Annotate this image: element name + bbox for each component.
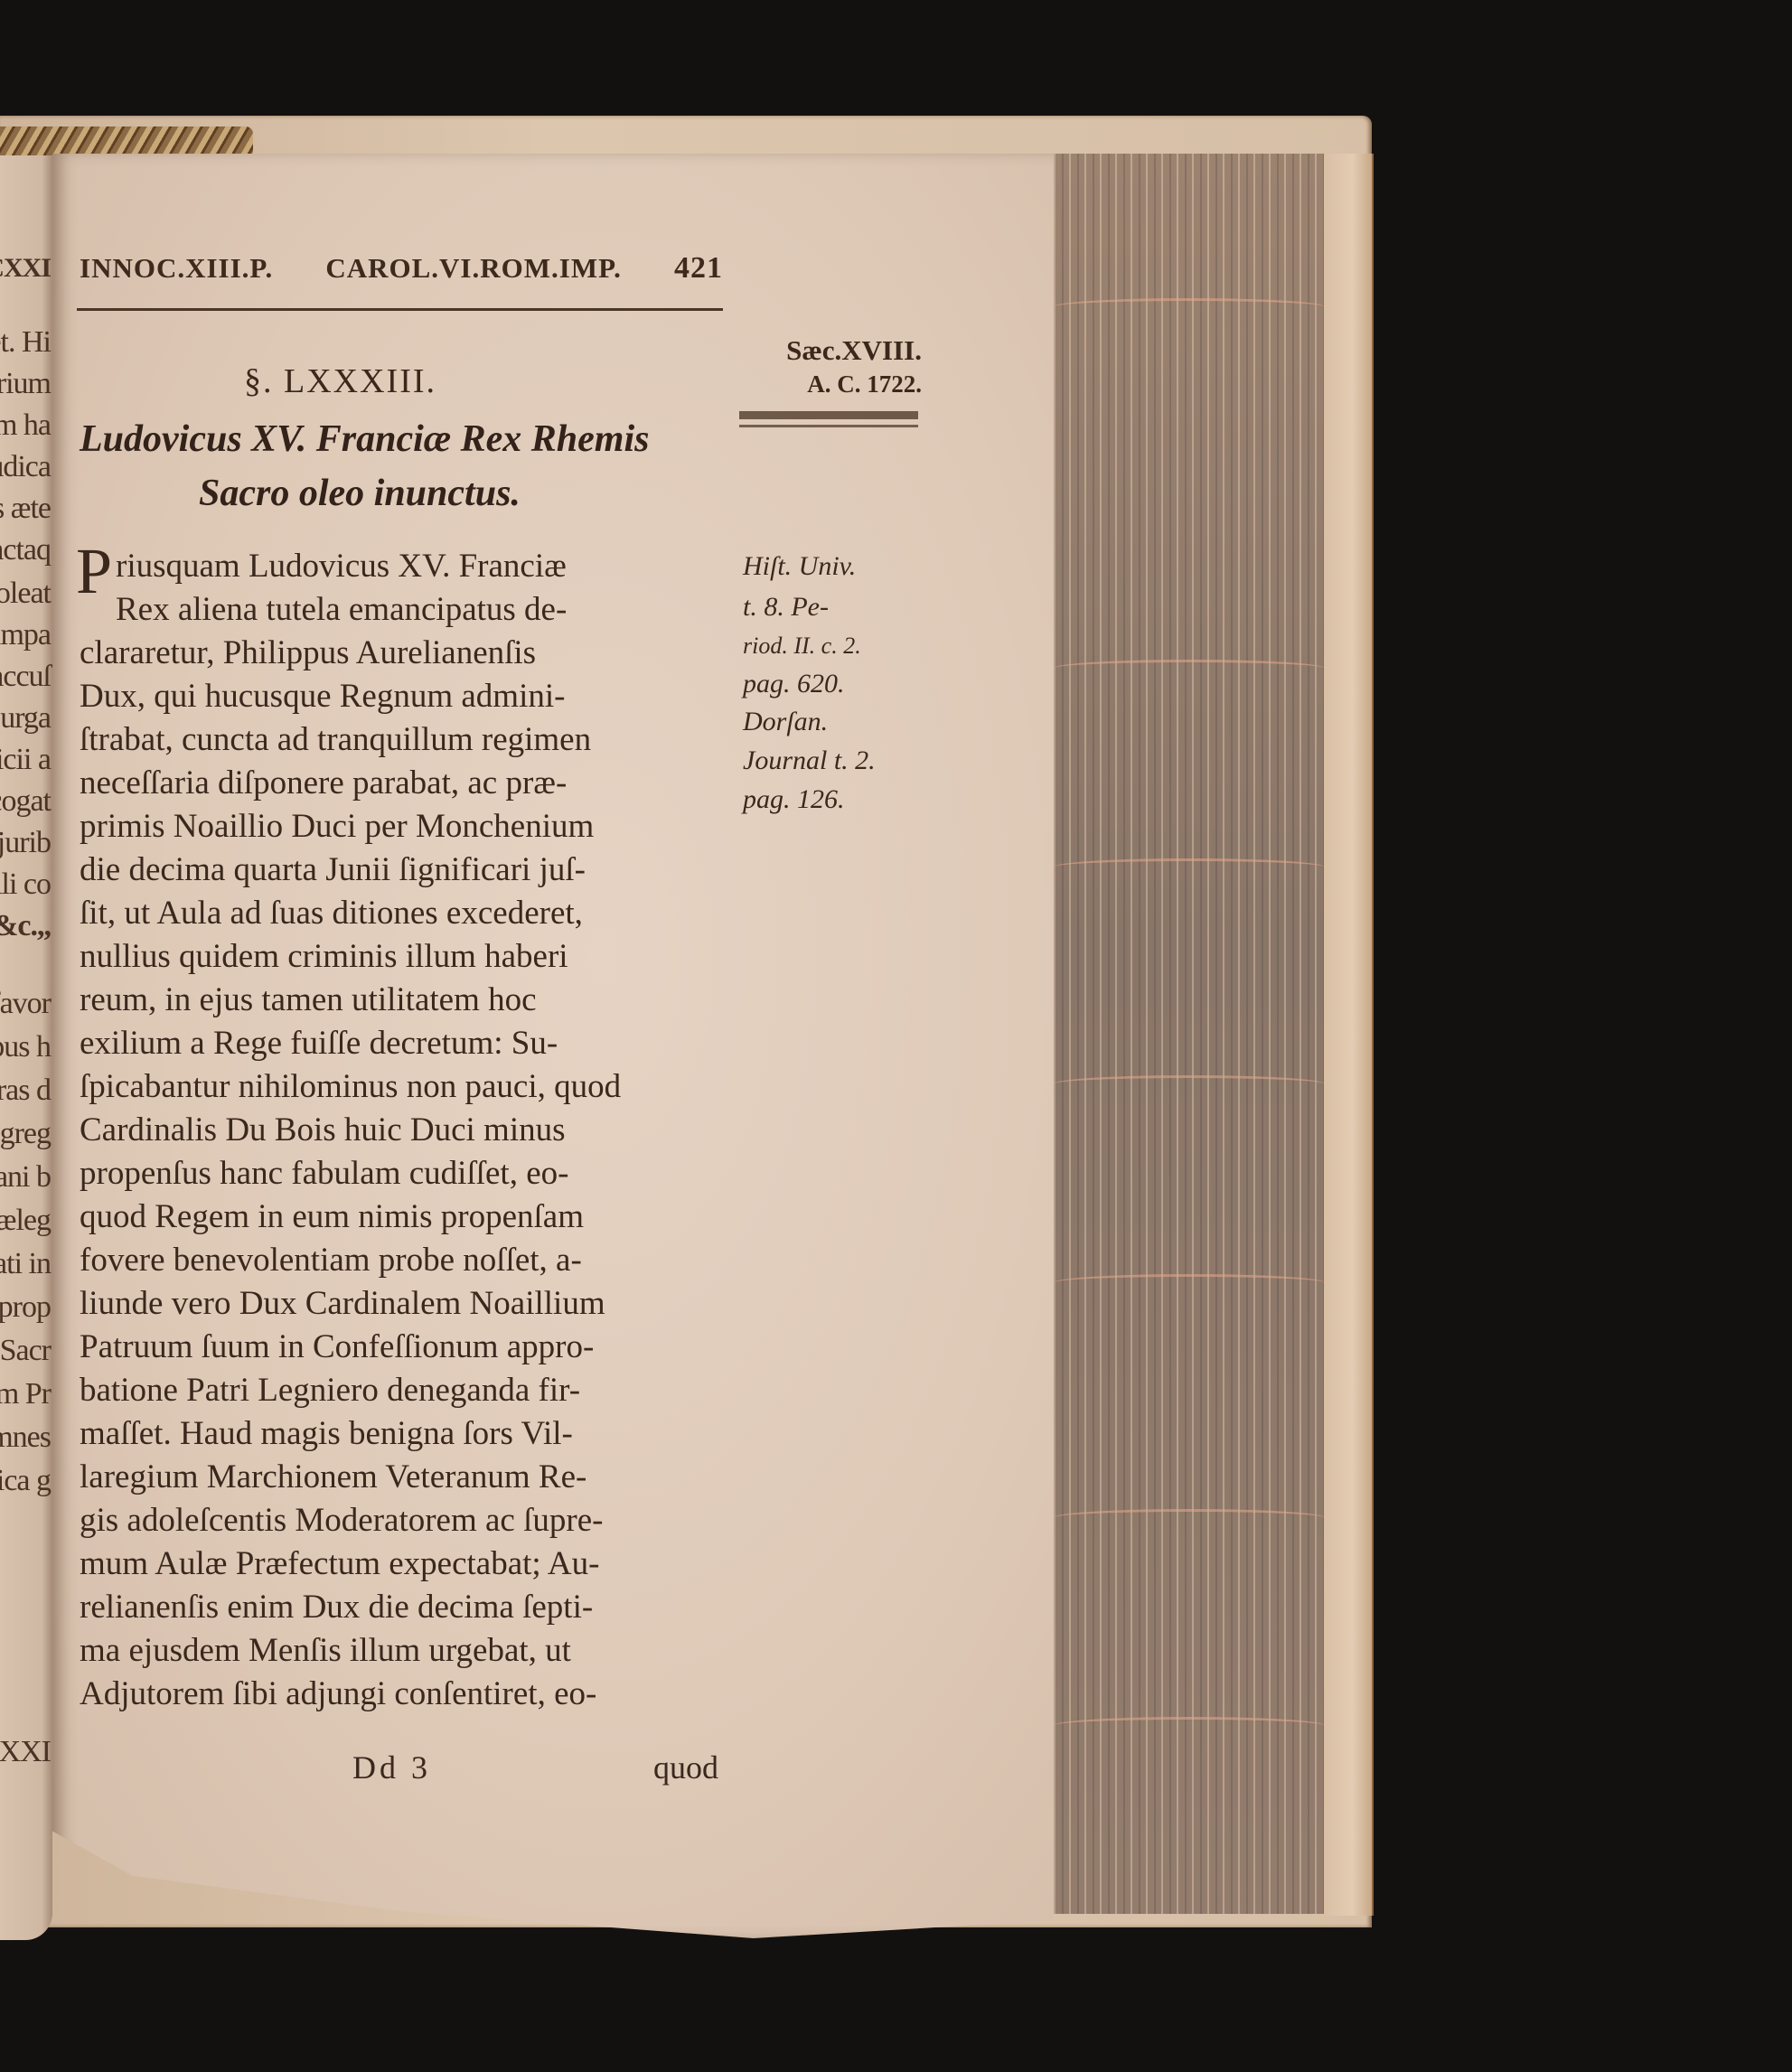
running-head-pope: INNOC.XIII.P.: [80, 252, 273, 285]
body-line: propenſus hanc fabulam cudiſſet, eo-: [80, 1154, 723, 1194]
left-page-fragment: erpurga: [0, 701, 51, 736]
edge-stain: [1054, 1075, 1325, 1092]
left-page-fragment: ii favor: [0, 987, 51, 1021]
left-page-fragment: omnes: [0, 1420, 51, 1455]
left-page-fragment: ndem ha: [0, 408, 51, 443]
left-page-fragment: ous jurib: [0, 826, 51, 860]
catchword: quod: [653, 1749, 718, 1786]
left-page-fragment: quaprop: [0, 1290, 51, 1325]
edge-stain: [1054, 1509, 1325, 1526]
body-line: fovere benevolentiam probe noſſet, a-: [80, 1241, 723, 1280]
margin-note: t. 8. Pe-: [743, 592, 829, 623]
left-page-fragment: orifica g: [0, 1464, 51, 1498]
body-line: riusquam Ludovicus XV. Franciæ: [116, 547, 723, 586]
margin-note: riod. II. c. 2.: [743, 633, 861, 660]
edge-stain: [1054, 1717, 1325, 1734]
left-page-fragment: uſati in: [0, 1247, 51, 1281]
left-page-fragment: ni impa: [0, 618, 51, 652]
page-number: 421: [674, 251, 723, 286]
left-page-fragment: Decani b: [0, 1160, 51, 1195]
body-line: clararetur, Philippus Aurelianenſis: [80, 633, 723, 673]
edge-stain: [1054, 298, 1325, 315]
body-line: neceſſaria diſponere parabat, ac præ-: [80, 764, 723, 803]
edge-stain: [1054, 1274, 1325, 1291]
body-line: nullius quidem criminis illum haberi: [80, 937, 723, 977]
body-line: Cardinalis Du Bois huic Duci minus: [80, 1111, 723, 1150]
left-page-fragment: Congreg: [0, 1117, 51, 1151]
left-page-fragment: lippus h: [0, 1030, 51, 1064]
body-line: primis Noaillio Duci per Monchenium: [80, 807, 723, 847]
left-page-fragment: orum Pr: [0, 1377, 51, 1411]
left-page-fragment: cunctaq: [0, 533, 51, 567]
body-line: ma ejusdem Menſis illum urgebat, ut: [80, 1631, 723, 1671]
body-line: relianenſis enim Dux die decima ſepti-: [80, 1588, 723, 1627]
left-page-fragment: aboleat: [0, 577, 51, 611]
signature-mark: Dd 3: [352, 1749, 431, 1786]
body-line: Dux, qui hucusque Regnum admini-: [80, 677, 723, 717]
body-line: batione Patri Legniero deneganda fir-: [80, 1371, 723, 1411]
margin-rule: [739, 411, 918, 419]
body-line: quod Regem in eum nimis propenſam: [80, 1197, 723, 1237]
left-page-fragment: s præleg: [0, 1204, 51, 1238]
head-rule: [77, 308, 723, 311]
left-page: .CCXXI ſſet. Hi ceſſarium ndem ha dijudi…: [0, 155, 52, 1940]
section-title-line: Ludovicus XV. Franciæ Rex Rhemis: [80, 417, 650, 461]
left-page-fragment: udicii a: [0, 743, 51, 777]
body-line: ſit, ut Aula ad ſuas ditiones excederet,: [80, 894, 723, 933]
left-page-fragment: atis æte: [0, 492, 51, 526]
body-line: exilium a Rege fuiſſe decretum: Su-: [80, 1024, 723, 1064]
cover-board-edge: [1324, 154, 1374, 1916]
body-line: laregium Marchionem Veteranum Re-: [80, 1458, 723, 1497]
running-head-emperor: CAROL.VI.ROM.IMP.: [325, 252, 622, 285]
body-line: ſtrabat, cuncta ad tranquillum regimen: [80, 720, 723, 760]
section-number: §. LXXXIII.: [244, 361, 436, 401]
headband: [0, 127, 253, 157]
fore-edge: [1053, 154, 1325, 1914]
body-line: reum, in ejus tamen utilitatem hoc: [80, 980, 723, 1020]
body-line: ſpicabantur nihilominus non pauci, quod: [80, 1067, 723, 1107]
body-line: Adjutorem ſibi adjungi conſentiret, eo-: [80, 1674, 723, 1714]
section-title-line: Sacro oleo inunctus.: [199, 472, 521, 515]
running-head: INNOC.XIII.P. CAROL.VI.ROM.IMP. 421: [80, 251, 723, 287]
left-page-fragment: .CCXXI: [0, 253, 51, 284]
edge-stain: [1054, 858, 1325, 876]
left-page-fragment: ne Sacr: [0, 1334, 51, 1368]
margin-date: Sæc.XVIII. A. C. 1722.: [732, 334, 922, 398]
left-page-fragment: t &c.,,: [0, 909, 51, 943]
margin-rule: [739, 425, 918, 427]
body-line: maſſet. Haud magis benigna ſors Vil-: [80, 1414, 723, 1454]
margin-note: Dorſan.: [743, 707, 828, 737]
left-page-fragment: ceſſarium: [0, 367, 51, 401]
margin-note: pag. 620.: [743, 669, 845, 699]
body-line: liunde vero Dux Cardinalem Noaillium: [80, 1284, 723, 1324]
margin-note: Journal t. 2.: [743, 745, 876, 776]
margin-year: A. C. 1722.: [732, 370, 922, 398]
margin-note: Hiſt. Univ.: [743, 551, 856, 582]
left-page-fragment: §. LXXI: [0, 1735, 51, 1769]
left-page-fragment: dijudica: [0, 450, 51, 484]
edge-stain: [1054, 660, 1325, 677]
left-page-fragment: æſuli co: [0, 867, 51, 902]
body-line: mum Aulæ Præfectum expectabat; Au-: [80, 1544, 723, 1584]
margin-century: Sæc.XVIII.: [732, 334, 922, 367]
left-page-fragment: literas d: [0, 1074, 51, 1108]
left-page-fragment: ſſet. Hi: [0, 325, 51, 360]
left-page-fragment: de accuſ: [0, 660, 51, 694]
body-line: die decima quarta Junii ſignificari juſ-: [80, 850, 723, 890]
body-line: gis adoleſcentis Moderatorem ac ſupre-: [80, 1501, 723, 1541]
left-page-fragment: e cogat: [0, 784, 51, 819]
body-line: Rex aliena tutela emancipatus de-: [80, 590, 723, 630]
body-line: Patruum ſuum in Confeſſionum appro-: [80, 1327, 723, 1367]
margin-note: pag. 126.: [743, 784, 845, 815]
